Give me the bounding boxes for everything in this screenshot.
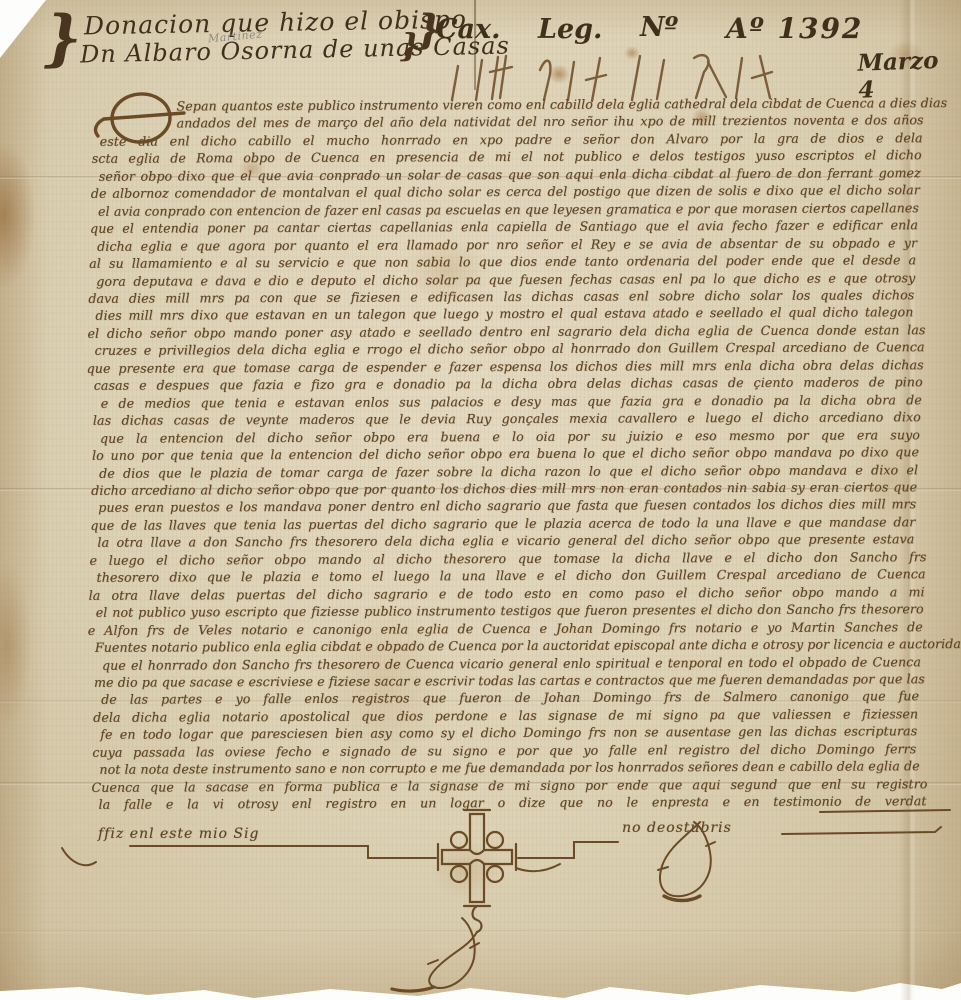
- archive-box-label: Cax.: [436, 14, 500, 45]
- manuscript-scan-page: } Donacion que hizo el obispo Dn Albaro …: [0, 0, 961, 1000]
- fold-crease: [0, 930, 961, 933]
- archive-year-label: Aº 1392: [726, 12, 863, 45]
- archive-bundle-label: Leg.: [538, 14, 602, 45]
- header-brace-left: }: [44, 2, 81, 73]
- manuscript-line: la falle e la vi otrosy enl registro en …: [98, 792, 926, 813]
- manuscript-body: Sepan quantos este publico instrumento v…: [90, 94, 923, 813]
- archive-number-label: Nº: [640, 12, 678, 43]
- notary-sign-suffix-text: no deostubris: [622, 820, 732, 836]
- notary-closing-text: ffiz enl este mio Sig: [98, 826, 259, 842]
